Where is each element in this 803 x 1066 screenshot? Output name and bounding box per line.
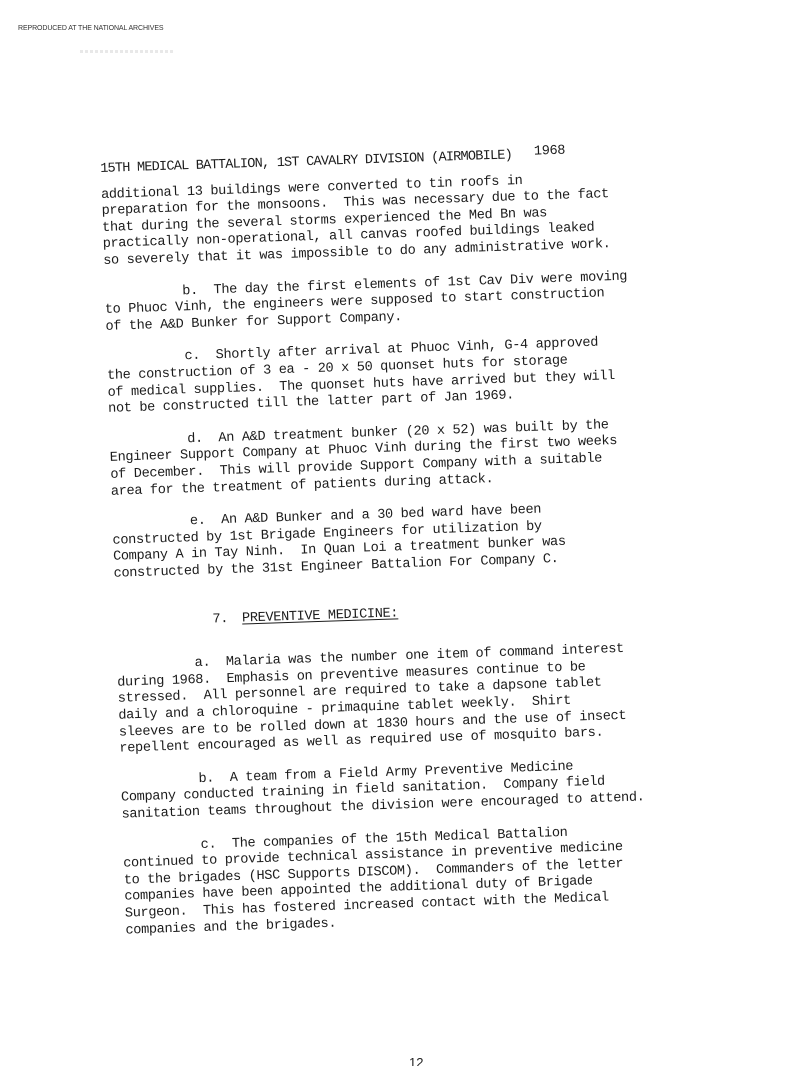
document-page: 15TH MEDICAL BATTALION, 1ST CAVALRY DIVI… (100, 142, 726, 956)
archive-stamp: REPRODUCED AT THE NATIONAL ARCHIVES (18, 25, 163, 32)
section-title: PREVENTIVE MEDICINE: (242, 606, 399, 626)
construction-paragraph-e: e. An A&D Bunker and a 30 bed ward have … (112, 497, 714, 583)
construction-paragraph-b: b. The day the first elements of 1st Cav… (104, 267, 705, 337)
preventive-medicine-paragraph-c: c. The companies of the 15th Medical Bat… (122, 820, 725, 939)
section-heading: 7.PREVENTIVE MEDICINE: (180, 579, 715, 646)
construction-paragraphs: additional 13 buildings were converted t… (101, 168, 714, 584)
construction-paragraph-d: d. An A&D treatment bunker (20 x 52) was… (109, 415, 711, 501)
construction-paragraph-c: c. Shortly after arrival at Phuoc Vinh, … (106, 332, 708, 418)
preventive-medicine-paragraph-a: a. Malaria was the number one item of co… (116, 639, 719, 758)
header-year: 1968 (534, 144, 566, 162)
scan-smudge (80, 50, 175, 53)
header-title: 15TH MEDICAL BATTALION, 1ST CAVALRY DIVI… (100, 148, 512, 178)
section-number: 7. (212, 612, 228, 628)
preventive-medicine-paragraph-b: b. A team from a Field Army Preventive M… (120, 755, 721, 825)
page-number: 12 (409, 1055, 423, 1066)
preventive-medicine-paragraphs: a. Malaria was the number one item of co… (116, 639, 725, 940)
construction-paragraph-continuation: additional 13 buildings were converted t… (101, 168, 703, 271)
